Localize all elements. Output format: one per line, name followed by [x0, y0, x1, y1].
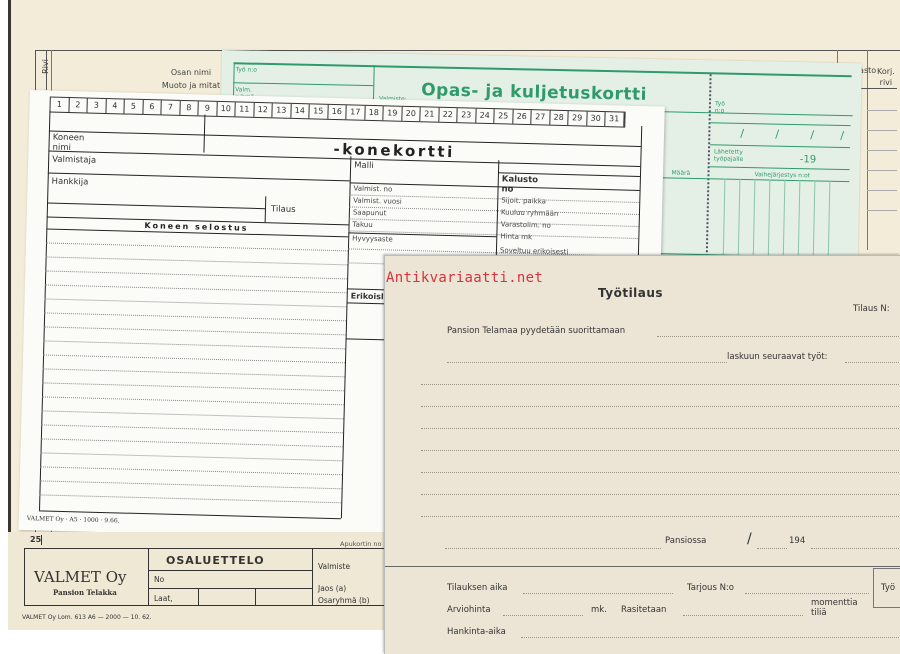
day-cell: 10 — [217, 102, 236, 116]
section-rule — [385, 566, 900, 567]
day-cell: 29 — [568, 111, 587, 125]
laat-label: Laat, — [154, 594, 173, 603]
day-cell: 1 — [50, 98, 69, 112]
rule — [41, 535, 42, 545]
valmistaja-label: Valmistaja — [52, 155, 96, 166]
writing-line — [43, 354, 345, 363]
day-cell: 5 — [124, 99, 143, 113]
date-slash: / — [747, 531, 752, 547]
page-number: 25 — [30, 535, 41, 544]
day-cell: 6 — [143, 100, 162, 114]
korj-label: Korj. — [877, 66, 895, 77]
day-cell: 25 — [494, 109, 513, 123]
writing-line — [41, 424, 343, 433]
dotted-line — [421, 428, 900, 429]
day-cell: 19 — [383, 106, 402, 120]
dotted-line — [523, 593, 673, 594]
osaluettelo-card: 25 Apukortin no VALMET Oy Pansion Telakk… — [8, 532, 388, 630]
day-cell: 17 — [346, 105, 365, 119]
rule — [350, 182, 640, 191]
day-cell: 3 — [87, 99, 106, 113]
mk-label: mk. — [591, 605, 607, 615]
year-suffix: -19 — [800, 154, 817, 165]
writing-line — [42, 410, 344, 419]
rule — [148, 588, 312, 589]
day-cell: 27 — [531, 110, 550, 124]
rule — [48, 172, 350, 181]
apukortin-no-label: Apukortin no — [340, 540, 382, 548]
day-cell: 12 — [254, 103, 273, 117]
dotted-line — [421, 494, 900, 495]
day-cell: 30 — [587, 112, 606, 126]
request-line: Pansion Telamaa pyydetään suorittamaan — [447, 326, 625, 336]
dotted-line — [845, 362, 900, 363]
frame-mid — [341, 156, 351, 518]
watermark: Antikvariaatti.net — [386, 270, 543, 286]
dotted-line — [421, 406, 900, 407]
tarjous-no-label: Tarjous N:o — [687, 583, 734, 593]
back-row-rule — [867, 150, 897, 151]
division-name: Pansion Telakka — [53, 588, 117, 597]
dotted-line — [421, 450, 900, 451]
writing-line — [39, 494, 341, 503]
day-cell: 16 — [328, 105, 347, 119]
dotted-line — [421, 472, 900, 473]
maara-label: Määrä — [671, 169, 690, 176]
dotted-line — [757, 548, 787, 549]
date-slash: / — [740, 127, 744, 140]
scanned-forms-collage: Rivi Osan nimi Muoto ja mitat Varasto Ko… — [0, 0, 900, 654]
date-slash: / — [775, 128, 779, 141]
rule — [148, 548, 149, 606]
dotted-line — [745, 593, 869, 594]
writing-line — [44, 312, 346, 321]
writing-line — [45, 270, 347, 279]
korj-rivi-label: rivi — [877, 77, 895, 88]
day-cell: 13 — [272, 103, 291, 117]
saapunut-label: Saapunut — [353, 208, 387, 217]
valmist-vuosi-label: Valmist. vuosi — [353, 197, 402, 206]
lahetetty-label: Lähetetty työpajalle — [714, 148, 764, 163]
osaluettelo-title: OSALUETTELO — [166, 554, 265, 567]
dotted-rule — [349, 218, 639, 227]
rule — [148, 570, 312, 571]
writing-line — [46, 242, 348, 251]
day-cell: 7 — [161, 100, 180, 114]
back-top-rule — [35, 50, 900, 51]
dotted-line — [521, 637, 900, 638]
dotted-rule — [349, 206, 639, 215]
takuu-label: Takuu — [352, 220, 372, 229]
back-row-rule — [867, 170, 897, 171]
valmiste-label: Valmiste — [318, 562, 350, 571]
dotted-line — [657, 336, 900, 337]
tyo-no-right-label: Työ n:o — [715, 100, 735, 114]
tilaus-label: Tilaus — [271, 204, 296, 215]
writing-line — [42, 382, 344, 391]
dotted-line — [421, 516, 900, 517]
writing-line — [42, 396, 344, 405]
day-cell: 4 — [106, 99, 125, 113]
day-cell: 14 — [291, 104, 310, 118]
dotted-line — [811, 548, 900, 549]
osaluettelo-footer: VALMET Oy Lom. 613 A6 — 2000 — 10. 62. — [22, 614, 152, 621]
company-name: VALMET Oy — [34, 568, 126, 586]
frame-left — [39, 111, 50, 511]
tilauksen-aika-label: Tilauksen aika — [447, 583, 507, 593]
valmist-no-label: Valmist. no — [353, 185, 392, 194]
day-cell: 2 — [69, 98, 88, 112]
writing-line — [43, 340, 345, 349]
osaryhma-label: Osaryhmä (b) — [318, 596, 370, 605]
day-cell: 24 — [476, 109, 495, 123]
back-row-rule — [867, 110, 897, 111]
writing-line — [40, 452, 342, 461]
rule — [312, 548, 313, 606]
rule — [198, 588, 199, 606]
back-row-rule — [867, 130, 897, 131]
back-row-rule — [867, 210, 897, 211]
dotted-line — [421, 384, 900, 385]
date-slash: / — [840, 129, 844, 142]
tyotilaus-sheet: Työtilaus Tilaus N: Pansion Telamaa pyyd… — [384, 255, 900, 654]
dotted-line — [503, 615, 583, 616]
tilia-label: tiliä — [811, 608, 827, 618]
rule — [255, 588, 256, 606]
day-cell: 20 — [402, 107, 421, 121]
back-row-rule — [867, 190, 897, 191]
dotted-line — [447, 362, 727, 363]
day-cell: 28 — [550, 111, 569, 125]
day-cell: 11 — [235, 102, 254, 116]
writing-line — [45, 284, 347, 293]
kalusto-no-label: Kalusto no — [501, 174, 542, 195]
day-cell: 9 — [198, 101, 217, 115]
writing-line — [41, 438, 343, 447]
date-slash: / — [810, 128, 814, 141]
writing-line — [40, 466, 342, 475]
hankkija-label: Hankkija — [51, 177, 88, 188]
rule — [47, 202, 265, 209]
laskuun-label: laskuun seuraavat työt: — [727, 352, 828, 362]
no-label: No — [154, 575, 164, 584]
writing-line — [40, 480, 342, 489]
writing-line — [46, 256, 348, 265]
dotted-line — [683, 615, 803, 616]
rasitetaan-label: Rasitetaan — [621, 605, 666, 615]
day-cell: 23 — [457, 108, 476, 122]
day-cell: 15 — [309, 104, 328, 118]
year-label: 194 — [789, 536, 805, 546]
writing-line — [45, 298, 347, 307]
tilaus-no-label: Tilaus N: — [853, 304, 890, 314]
day-cell: 26 — [513, 110, 532, 124]
jaos-label: Jaos (a) — [318, 584, 346, 593]
hyvyysaste-label: Hyvyysaste — [352, 234, 393, 243]
writing-line — [44, 326, 346, 335]
day-cell: 22 — [439, 108, 458, 122]
hankinta-aika-label: Hankinta-aika — [447, 627, 506, 637]
rivi-label: Rivi — [41, 59, 50, 74]
momenttia-label: momenttia — [811, 598, 858, 608]
tyo-box-label: Työ — [881, 583, 895, 593]
tyo-no-label: Työ n:o — [236, 66, 258, 73]
malli-label: Malli — [354, 161, 374, 172]
day-cell: 31 — [605, 112, 624, 126]
dotted-line — [445, 548, 661, 549]
vaihejarjestys-label: Vaihejärjestys n:ot — [754, 171, 810, 179]
tyotilaus-title: Työtilaus — [598, 286, 663, 300]
arviohinta-label: Arviohinta — [447, 605, 491, 615]
day-cell: 18 — [365, 106, 384, 120]
konekortti-footer: VALMET Oy · A5 · 1000 · 9.66. — [27, 515, 120, 524]
day-cell: 21 — [420, 107, 439, 121]
day-cell: 8 — [180, 101, 199, 115]
pansiossa-label: Pansiossa — [665, 536, 706, 546]
writing-line — [43, 368, 345, 377]
korj-header: Korj. rivi — [877, 66, 895, 88]
